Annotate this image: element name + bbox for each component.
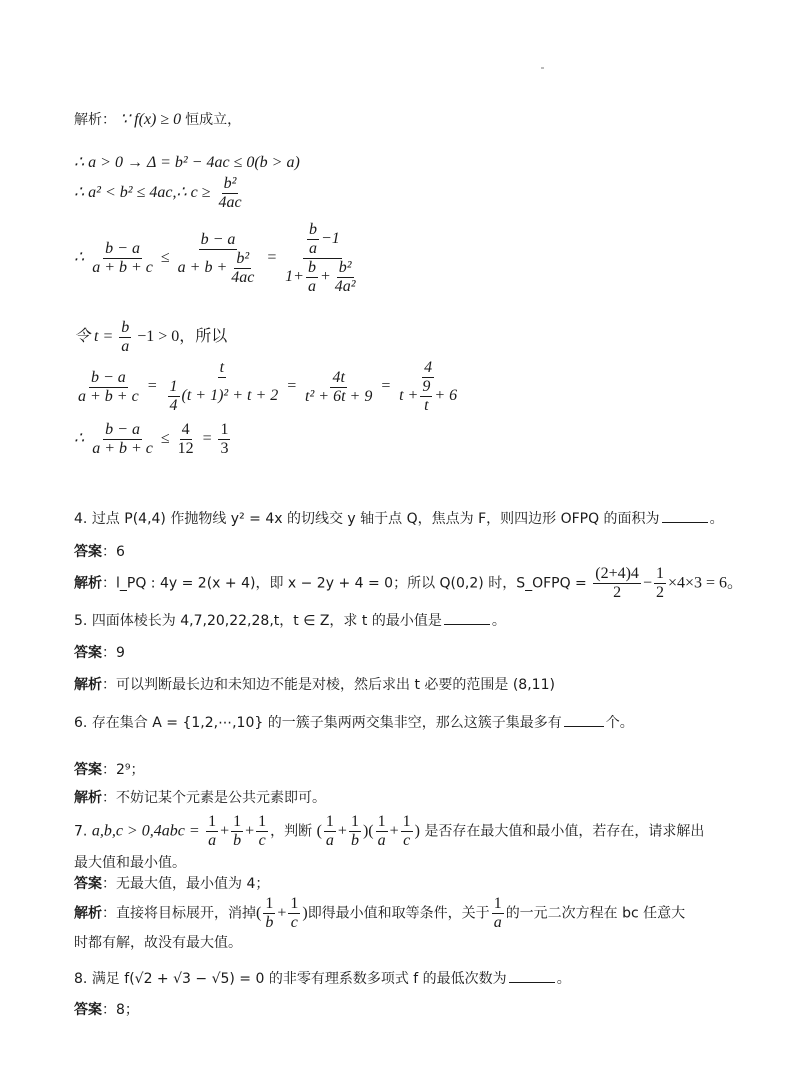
fraction: 13: [218, 422, 230, 457]
fraction: 1a: [376, 814, 388, 849]
therefore: ∴: [74, 430, 84, 447]
problem-5-analysis: 解析：可以判断最长边和未知边不能是对棱，然后求出 t 必要的范围是 (8,11): [74, 678, 555, 692]
intro-line-1: 解析： ∵ f(x) ≥ 0 恒成立，: [74, 112, 241, 128]
numerator: b²: [222, 176, 239, 194]
fraction: b − aa + b + c: [90, 422, 155, 457]
denominator: 4ac: [217, 194, 244, 211]
numerator: 9: [420, 379, 432, 397]
answer-label: 答案: [74, 645, 102, 661]
fraction: 1a: [324, 814, 336, 849]
scan-artifact-dot: [541, 67, 544, 69]
problem-7-analysis: 解析：直接将目标展开，消掉(1b+1c)即得最小值和取等条件，关于1a的一元二次…: [74, 896, 685, 931]
answer-label: 答案: [74, 544, 102, 560]
analysis-text: 即得最小值和取等条件，关于: [308, 906, 490, 922]
numerator: b²: [337, 260, 354, 278]
numerator: (2+4)4: [593, 566, 641, 584]
problem-4-question: 4. 过点 P(4,4) 作抛物线 y² = 4x 的切线交 y 轴于点 Q，焦…: [74, 510, 724, 526]
denominator: t +9t+ 6: [397, 378, 459, 414]
let-t: 令 t =: [74, 328, 113, 345]
fraction: 1b: [231, 814, 243, 849]
numerator: b²: [234, 251, 251, 269]
analysis-label: 解析: [74, 576, 102, 592]
denominator: a: [206, 832, 218, 849]
numerator: 1: [263, 896, 275, 914]
fraction: 1a: [492, 896, 504, 931]
question-text: 四面体棱长为 4,7,20,22,28,t，t ∈ Z，求 t 的最小值是: [92, 613, 442, 629]
denominator: a: [492, 914, 504, 931]
answer-label: 答案: [74, 762, 102, 778]
denominator: a + b + c: [90, 440, 155, 457]
num-tail: −1: [321, 230, 340, 247]
fraction: 1c: [401, 814, 413, 849]
punct: 。: [710, 511, 724, 527]
numerator: 1: [349, 814, 361, 832]
math-condition: ∵ f(x) ≥ 0: [120, 111, 181, 128]
numerator: 1: [231, 814, 243, 832]
answer-blank: [564, 714, 604, 727]
equals: =: [286, 378, 297, 395]
intro-line-3: ∴ a² < b² ≤ 4ac,∴ c ≥ b²4ac: [74, 176, 246, 211]
fraction: ba−11+ba+b²4a²: [283, 222, 361, 295]
numerator: 1: [206, 814, 218, 832]
relation: ≤: [161, 249, 170, 266]
denominator: a + b + c: [90, 259, 155, 276]
problem-6-answer: 答案：2⁹；: [74, 763, 145, 777]
numerator: b: [307, 222, 319, 240]
denominator: 3: [218, 440, 230, 457]
problem-8-answer: 答案：8；: [74, 1003, 139, 1017]
fraction: 1b: [349, 814, 361, 849]
equals: =: [202, 430, 213, 447]
minus: −: [643, 575, 652, 592]
numerator: b − a: [103, 422, 142, 440]
text: 恒成立，: [185, 112, 241, 128]
numerator: b − a: [199, 232, 238, 250]
den-mid: +: [320, 268, 331, 285]
punct: 。: [492, 613, 506, 629]
numerator: t: [218, 360, 226, 378]
fraction: t14(t + 1)² + t + 2: [164, 360, 281, 414]
equals: =: [380, 378, 391, 395]
fraction: 1a: [206, 814, 218, 849]
numerator: 1: [654, 566, 666, 584]
punct: 。: [557, 971, 571, 987]
numerator: 1: [256, 814, 268, 832]
den-left: t +: [399, 387, 418, 404]
text: 是否存在最大值和最小值，若存在，请求解出: [424, 824, 704, 840]
problem-8-question: 8. 满足 f(√2 + √3 − √5) = 0 的非零有理系数多项式 f 的…: [74, 970, 571, 986]
numerator: b − a: [89, 370, 128, 388]
answer-label: 答案: [74, 1002, 102, 1018]
numerator: b − a: [103, 241, 142, 259]
denominator: b: [263, 914, 275, 931]
fraction: 4tt² + 6t + 9: [303, 370, 374, 405]
problem-7-question: 7. a,b,c > 0,4abc = 1a+1b+1c，判断 (1a+1b)(…: [74, 814, 704, 849]
punct: 个。: [606, 715, 634, 731]
problem-number: 7.: [74, 824, 87, 840]
denominator: a: [324, 832, 336, 849]
intro-line-2: ∴ a > 0 → Δ = b² − 4ac ≤ 0(b > a): [74, 155, 300, 171]
den-tail: (t + 1)² + t + 2: [182, 387, 279, 404]
denominator: 1+ba+b²4a²: [283, 259, 361, 295]
math-expr: a,b,c > 0,4abc =: [92, 823, 200, 840]
fraction: b²4ac: [217, 176, 244, 211]
denominator: 2: [654, 584, 666, 601]
problem-4-answer: 答案：6: [74, 545, 125, 559]
denominator: c: [257, 832, 268, 849]
analysis-text: ：可以判断最长边和未知边不能是对棱，然后求出 t 必要的范围是 (8,11): [102, 677, 555, 693]
numerator: 4t: [330, 370, 346, 388]
analysis-label: 解析: [74, 906, 102, 922]
numerator: ba−1: [303, 222, 342, 259]
denominator: t² + 6t + 9: [303, 388, 374, 405]
denominator: a + b +b²4ac: [176, 250, 261, 286]
denominator: 4: [168, 397, 180, 414]
relation: =: [266, 249, 277, 266]
math-expr: ∴ a² < b² ≤ 4ac,∴ c ≥: [74, 184, 211, 201]
numerator: 1: [401, 814, 413, 832]
answer-blank: [662, 510, 708, 523]
tail: −1 > 0，所以: [137, 328, 227, 345]
denominator: 4ac: [229, 269, 256, 286]
denominator: 12: [176, 440, 196, 457]
fraction: 1c: [256, 814, 268, 849]
intro-line-4: ∴ b − aa + b + c ≤ b − aa + b +b²4ac = b…: [74, 222, 364, 295]
analysis-text: 的一元二次方程在 bc 任意大: [506, 906, 685, 922]
problem-6-analysis: 解析：不妨记某个元素是公共元素即可。: [74, 791, 326, 805]
fraction: 1b: [263, 896, 275, 931]
problem-number: 4.: [74, 511, 87, 527]
denominator: c: [289, 914, 300, 931]
intro-line-6: b − aa + b + c = t14(t + 1)² + t + 2 = 4…: [74, 360, 461, 414]
fraction: 1c: [288, 896, 300, 931]
intro-line-7: ∴ b − aa + b + c ≤ 412 = 13: [74, 422, 232, 457]
problem-6-question: 6. 存在集合 A = {1,2,⋯,10} 的一簇子集两两交集非空，那么这簇子…: [74, 714, 634, 730]
numerator: 1: [168, 379, 180, 397]
denominator: a: [376, 832, 388, 849]
fraction: b − aa + b + c: [90, 241, 155, 276]
text: ，判断: [270, 824, 312, 840]
denominator: a: [119, 338, 131, 355]
fraction: b − aa + b +b²4ac: [176, 232, 261, 286]
answer-value: ：6: [102, 544, 125, 560]
analysis-tail: ×4×3 = 6。: [668, 575, 743, 592]
analysis-label: 解析: [74, 677, 102, 693]
problem-5-question: 5. 四面体棱长为 4,7,20,22,28,t，t ∈ Z，求 t 的最小值是…: [74, 612, 506, 628]
denominator: 14(t + 1)² + t + 2: [164, 378, 281, 414]
problem-number: 6.: [74, 715, 87, 731]
problem-number: 8.: [74, 971, 87, 987]
denominator: t: [422, 397, 430, 414]
denominator: 2: [611, 584, 623, 601]
numerator: 1: [324, 814, 336, 832]
answer-value: ：无最大值，最小值为 4；: [102, 876, 269, 892]
analysis-label: 解析: [74, 790, 102, 806]
question-text: 满足 f(√2 + √3 − √5) = 0 的非零有理系数多项式 f 的最低次…: [92, 971, 507, 987]
answer-value: ：8；: [102, 1002, 139, 1018]
den-tail: + 6: [434, 387, 457, 404]
intro-line-5: 令 t = ba −1 > 0，所以: [74, 320, 227, 355]
den-left: 1+: [285, 268, 304, 285]
numerator: 4: [180, 422, 192, 440]
question-text: 过点 P(4,4) 作抛物线 y² = 4x 的切线交 y 轴于点 Q，焦点为 …: [92, 511, 660, 527]
den-left: a + b +: [178, 259, 228, 276]
numerator: 1: [288, 896, 300, 914]
analysis-label: 解析：: [74, 112, 116, 128]
analysis-text: ：l_PQ : 4y = 2(x + 4)，即 x − 2y + 4 = 0；所…: [102, 576, 587, 592]
problem-7-analysis-line2: 时都有解，故没有最大值。: [74, 936, 242, 950]
fraction: b − aa + b + c: [76, 370, 141, 405]
problem-5-answer: 答案：9: [74, 646, 125, 660]
answer-value: ：2⁹；: [102, 762, 145, 778]
fraction: (2+4)42: [593, 566, 641, 601]
fraction: 12: [654, 566, 666, 601]
denominator: a: [306, 278, 318, 295]
problem-4-analysis: 解析：l_PQ : 4y = 2(x + 4)，即 x − 2y + 4 = 0…: [74, 566, 743, 601]
numerator: 4: [422, 360, 434, 378]
equals: =: [147, 378, 158, 395]
problem-7-answer: 答案：无最大值，最小值为 4；: [74, 877, 269, 891]
answer-value: ：9: [102, 645, 125, 661]
fraction: 412: [176, 422, 196, 457]
answer-blank: [509, 970, 555, 983]
therefore: ∴: [74, 249, 84, 266]
problem-7-question-line2: 最大值和最小值。: [74, 856, 186, 870]
denominator: b: [231, 832, 243, 849]
denominator: a + b + c: [76, 388, 141, 405]
problem-number: 5.: [74, 613, 87, 629]
numerator: 1: [492, 896, 504, 914]
numerator: b: [306, 260, 318, 278]
denominator: b: [349, 832, 361, 849]
answer-blank: [444, 612, 490, 625]
numerator: 1: [376, 814, 388, 832]
analysis-text: ：不妨记某个元素是公共元素即可。: [102, 790, 326, 806]
relation: ≤: [161, 430, 170, 447]
answer-label: 答案: [74, 876, 102, 892]
denominator: a: [307, 240, 319, 257]
fraction: ba: [119, 320, 131, 355]
fraction: 4t +9t+ 6: [397, 360, 459, 414]
analysis-text: ：直接将目标展开，消掉: [102, 906, 256, 922]
numerator: 1: [218, 422, 230, 440]
denominator: c: [401, 832, 412, 849]
question-text: 存在集合 A = {1,2,⋯,10} 的一簇子集两两交集非空，那么这簇子集最多…: [92, 715, 562, 731]
denominator: 4a²: [333, 278, 358, 295]
numerator: b: [119, 320, 131, 338]
